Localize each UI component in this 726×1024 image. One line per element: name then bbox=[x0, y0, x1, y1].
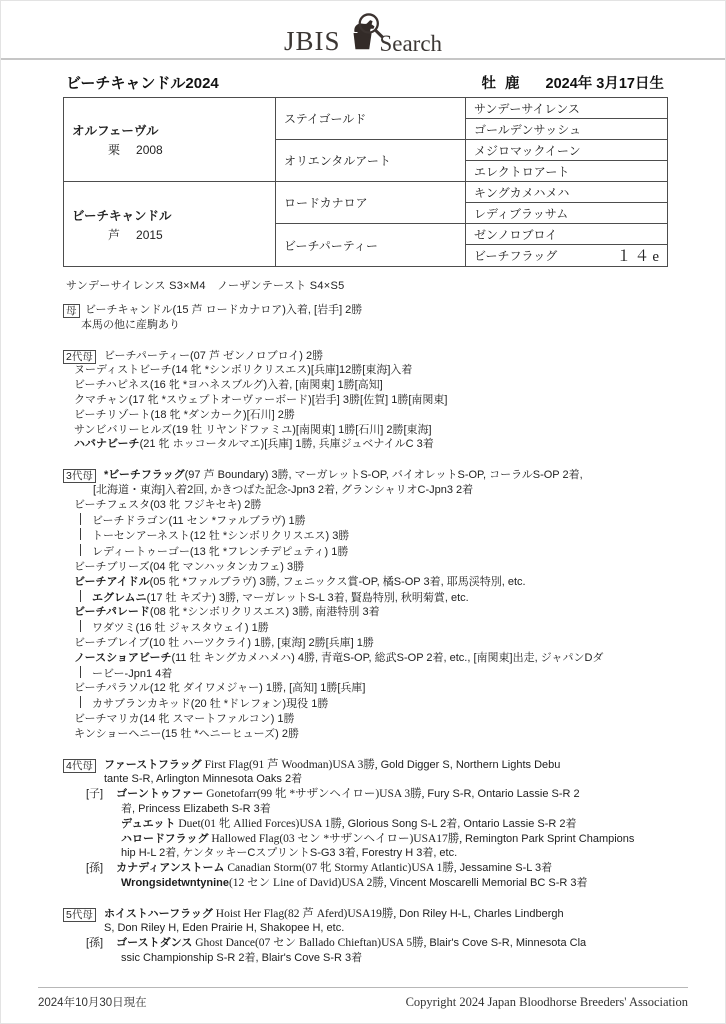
pedigree-section: 3代母*ビーチフラッグ(97 芦 Boundary) 3勝, マーガレットS-O… bbox=[63, 468, 664, 741]
horse-name-en: Gonetofarr(99 牝 *サザンヘイロー)USA 3勝, bbox=[203, 788, 427, 800]
pedigree-line: ビーチパーティー(07 芦 ゼンノロブロイ) 2勝 bbox=[104, 349, 664, 364]
horse-name-en: Canadian Storm(07 牝 Stormy Atlantic)USA … bbox=[224, 862, 459, 874]
pedigree-line: ハロードフラッグ Hallowed Flag(03 セン *サザンヘイロー)US… bbox=[121, 832, 664, 847]
pedigree-line: ビーチハピネス(16 牝 *ヨハネスブルグ)入着, [南関東] 1勝[高知] bbox=[74, 378, 664, 393]
pedigree-section: 母ビーチキャンドル(15 芦 ロードカナロア)入着, [岩手] 2勝本馬の他に産… bbox=[63, 303, 664, 333]
pedigree-cell-gen3: ゼンノロブロイ bbox=[466, 224, 668, 245]
line-text: ビーチパーティー(07 芦 ゼンノロブロイ) 2勝 bbox=[104, 350, 323, 362]
dam-name: ビーチキャンドル bbox=[72, 206, 275, 224]
horse-name: ゴーントゥファー bbox=[116, 788, 203, 800]
horse-name: ファーストフラッグ bbox=[104, 759, 202, 771]
logo-text-search: Search bbox=[379, 32, 442, 55]
pedigree-line: ビーチリゾート(18 牝 *ダンカーク)[石川] 2勝 bbox=[74, 408, 664, 423]
horse-attributes: 牡 鹿 2024年 3月17日生 bbox=[482, 72, 664, 93]
line-text: ビーチブリーズ(04 牝 マンハッタンカフェ) 3勝 bbox=[74, 561, 304, 573]
pedigree-line: hip H-L 2着, ケンタッキーCスプリントS-G3 3着, Forestr… bbox=[121, 846, 664, 861]
tree-branch-bar bbox=[80, 620, 81, 632]
line-text: Remington Park Sprint Champions bbox=[465, 833, 634, 845]
line-text: ビーチリゾート(18 牝 *ダンカーク)[石川] 2勝 bbox=[74, 409, 295, 421]
line-text: カサブランカキッド(20 牡 *ドレフォン)現役 1勝 bbox=[92, 698, 328, 710]
line-text: Blair's Cove S-R, Minnesota Cla bbox=[429, 937, 586, 949]
pedigree-line: tante S-R, Arlington Minnesota Oaks 2着 bbox=[104, 772, 664, 787]
line-text: クマチャン(17 牝 *スウェプトオーヴァーボード)[岩手] 3勝[佐賀] 1勝… bbox=[74, 394, 447, 406]
horse-name-en: Duet(01 牝 Allied Forces)USA 1勝, bbox=[175, 818, 347, 830]
pedigree-line: ノースショアビーチ(11 牡 キングカメハメハ) 4勝, 青竜S-OP, 総武S… bbox=[74, 651, 664, 666]
dam-coat: 芦 bbox=[108, 228, 120, 242]
pedigree-line: ビーチブレイブ(10 牡 ハーツクライ) 1勝, [東海] 2勝[兵庫] 1勝 bbox=[74, 636, 664, 651]
horse-coat: 鹿 bbox=[505, 72, 520, 93]
section-label: 母 bbox=[63, 304, 80, 318]
pedigree-section: 2代母ビーチパーティー(07 芦 ゼンノロブロイ) 2勝ヌーディストビーチ(14… bbox=[63, 349, 664, 453]
line-text: ビーチブレイブ(10 牡 ハーツクライ) 1勝, [東海] 2勝[兵庫] 1勝 bbox=[74, 637, 374, 649]
line-text: (11 牡 キングカメハメハ) 4勝, 青竜S-OP, 総武S-OP 2着, e… bbox=[171, 652, 603, 664]
pedigree-cell-gen3: サンデーサイレンス bbox=[466, 98, 668, 119]
horse-birthdate: 2024年 3月17日生 bbox=[546, 72, 664, 93]
line-text: ビーチフェスタ(03 牝 フジキセキ) 2勝 bbox=[74, 499, 261, 511]
horse-name: ハバナビーチ bbox=[74, 438, 140, 450]
copyright-text: Copyright 2024 Japan Bloodhorse Breeders… bbox=[406, 995, 688, 1010]
sire-coat-year: 栗2008 bbox=[72, 141, 275, 158]
horse-name-en: (12 セン Line of David)USA 2勝, bbox=[229, 877, 390, 889]
pedigree-line: エグレムニ(17 牡 キズナ) 3勝, マーガレットS-L 3着, 賢島特別, … bbox=[80, 590, 664, 606]
horse-name: ゴーストダンス bbox=[116, 937, 192, 949]
horse-name-en: Ghost Dance(07 セン Ballado Chieftan)USA 5… bbox=[192, 937, 429, 949]
tree-branch-bar bbox=[80, 666, 81, 678]
pedigree-line: レディートゥーゴー(13 牝 *フレンチデピュティ) 1勝 bbox=[80, 544, 664, 560]
line-text: ワダツミ(16 牡 ジャスタウェイ) 1勝 bbox=[92, 622, 269, 634]
pedigree-line: デュエット Duet(01 牝 Allied Forces)USA 1勝, Gl… bbox=[121, 817, 664, 832]
tree-branch-bar bbox=[80, 544, 81, 556]
line-text: 本馬の他に産駒あり bbox=[81, 319, 180, 331]
tree-branch-bar bbox=[80, 696, 81, 708]
line-text: ビーチマリカ(14 牝 スマートファルコン) 1勝 bbox=[74, 713, 295, 725]
pedigree-line: *ビーチフラッグ(97 芦 Boundary) 3勝, マーガレットS-OP, … bbox=[104, 468, 664, 483]
horse-name: Wrongsidetwntynine bbox=[121, 877, 229, 889]
pedigree-line: [孫]カナディアンストーム Canadian Storm(07 牝 Stormy… bbox=[86, 861, 664, 876]
pedigree-cell-dam: ビーチキャンドル 芦2015 bbox=[64, 182, 276, 267]
horse-name: エグレムニ bbox=[92, 592, 147, 604]
line-text: レディートゥーゴー(13 牝 *フレンチデピュティ) 1勝 bbox=[92, 546, 348, 558]
line-text: Fury S-R, Ontario Lassie S-R 2 bbox=[427, 788, 579, 800]
horse-name: ビーチパレード bbox=[74, 606, 150, 618]
pedigree-cell-gen2: ステイゴールド bbox=[276, 98, 466, 140]
pedigree-line: S, Don Riley H, Eden Prairie H, Shakopee… bbox=[104, 921, 664, 936]
section-label: 2代母 bbox=[63, 350, 96, 364]
pedigree-line: [北海道・東海]入着2回, かきつばた記念-Jpn3 2着, グランシャリオC-… bbox=[93, 483, 664, 498]
relation-marker: [孫] bbox=[86, 862, 103, 874]
pedigree-report-page: JBIS Search ビーチキャンドル2024 牡 鹿 2024年 3月17日… bbox=[0, 0, 726, 1024]
pedigree-line: ビーチドラゴン(11 セン *ファルブラヴ) 1勝 bbox=[80, 513, 664, 529]
line-text: ビーチハピネス(16 牝 *ヨハネスブルグ)入着, [南関東] 1勝[高知] bbox=[74, 379, 383, 391]
horse-name: ホイストハーフラッグ bbox=[104, 908, 213, 920]
horse-sex: 牡 bbox=[482, 72, 497, 93]
pedigree-sections: 母ビーチキャンドル(15 芦 ロードカナロア)入着, [岩手] 2勝本馬の他に産… bbox=[63, 303, 664, 966]
dam-year: 2015 bbox=[136, 228, 163, 242]
line-text: (05 牝 *ファルブラヴ) 3勝, フェニックス賞-OP, 橘S-OP 3着,… bbox=[150, 576, 526, 588]
family-number: １４e bbox=[616, 245, 662, 266]
section-label: 5代母 bbox=[63, 908, 96, 922]
line-text: キンショーヘニー(15 牡 *ヘニーヒューズ) 2勝 bbox=[74, 728, 299, 740]
horse-name: カナディアンストーム bbox=[116, 862, 224, 874]
pedigree-line: ビーチパラソル(12 牝 ダイワメジャー) 1勝, [高知] 1勝[兵庫] bbox=[74, 681, 664, 696]
line-text: hip H-L 2着, ケンタッキーCスプリントS-G3 3着, Forestr… bbox=[121, 847, 457, 859]
pedigree-line: 着, Princess Elizabeth S-R 3着 bbox=[121, 802, 664, 817]
pedigree-cell-gen3: メジロマックイーン bbox=[466, 140, 668, 161]
pedigree-line: ビーチキャンドル(15 芦 ロードカナロア)入着, [岩手] 2勝 bbox=[85, 303, 664, 318]
sire-year: 2008 bbox=[136, 143, 163, 157]
pedigree-line: [子]ゴーントゥファー Gonetofarr(99 牝 *サザンヘイロー)USA… bbox=[86, 787, 664, 802]
line-text: 着, Princess Elizabeth S-R 3着 bbox=[121, 803, 271, 815]
pedigree-line: トーセンアーネスト(12 牡 *シンボリクリスエス) 3勝 bbox=[80, 528, 664, 544]
inbreeding-line: サンデーサイレンス S3×M4 ノーザンテースト S4×S5 bbox=[66, 277, 664, 293]
report-footer: 2024年10月30日現在 Copyright 2024 Japan Blood… bbox=[38, 987, 688, 1010]
line-text: Don Riley H-L, Charles Lindbergh bbox=[399, 908, 563, 920]
line-text: ヌーディストビーチ(14 牝 *シンボリクリスエス)[兵庫]12勝[東海]入着 bbox=[74, 364, 412, 376]
pedigree-line: ビーチマリカ(14 牝 スマートファルコン) 1勝 bbox=[74, 712, 664, 727]
relation-marker: [子] bbox=[86, 788, 103, 800]
line-text: ビーチドラゴン(11 セン *ファルブラヴ) 1勝 bbox=[92, 515, 306, 527]
jbis-logo: JBIS Search bbox=[1, 1, 725, 55]
line-text: ビーチパラソル(12 牝 ダイワメジャー) 1勝, [高知] 1勝[兵庫] bbox=[74, 682, 366, 694]
pedigree-cell-gen3: レディブラッサム bbox=[466, 203, 668, 224]
horse-name: ハロードフラッグ bbox=[121, 833, 208, 845]
pedigree-section: 4代母ファーストフラッグ First Flag(91 芦 Woodman)USA… bbox=[63, 758, 664, 891]
pedigree-line: サンビバリーヒルズ(19 牡 リヤンドファミユ)[南関東] 1勝[石川] 2勝[… bbox=[74, 423, 664, 438]
tree-branch-bar bbox=[80, 528, 81, 540]
line-text: (08 牝 *シンボリクリスエス) 3勝, 南港特別 3着 bbox=[150, 606, 380, 618]
pedigree-line: ssic Championship S-R 2着, Blair's Cove S… bbox=[121, 951, 664, 966]
pedigree-cell-gen3: ゴールデンサッシュ bbox=[466, 119, 668, 140]
pedigree-line: 本馬の他に産駒あり bbox=[81, 318, 664, 333]
pedigree-cell-gen2: ロードカナロア bbox=[276, 182, 466, 224]
horse-name-en: First Flag(91 芦 Woodman)USA 3勝, bbox=[202, 759, 381, 771]
pedigree-cell-gen2: オリエンタルアート bbox=[276, 140, 466, 182]
pedigree-line: ワダツミ(16 牡 ジャスタウェイ) 1勝 bbox=[80, 620, 664, 636]
page-title: ビーチキャンドル2024 bbox=[66, 72, 219, 93]
horse-name: *ビーチフラッグ bbox=[104, 469, 185, 481]
line-text: サンビバリーヒルズ(19 牡 リヤンドファミユ)[南関東] 1勝[石川] 2勝[… bbox=[74, 424, 432, 436]
pedigree-cell-gen3: キングカメハメハ bbox=[466, 182, 668, 203]
dam-coat-year: 芦2015 bbox=[72, 226, 275, 243]
relation-marker: [孫] bbox=[86, 937, 103, 949]
pedigree-line: ヌーディストビーチ(14 牝 *シンボリクリスエス)[兵庫]12勝[東海]入着 bbox=[74, 363, 664, 378]
horse-name: ノースショアビーチ bbox=[74, 652, 171, 664]
line-text: ービー-Jpn1 4着 bbox=[92, 668, 172, 680]
pedigree-line: ービー-Jpn1 4着 bbox=[80, 666, 664, 682]
pedigree-line: ビーチパレード(08 牝 *シンボリクリスエス) 3勝, 南港特別 3着 bbox=[74, 605, 664, 620]
line-text: Jessamine S-L 3着 bbox=[460, 862, 553, 874]
line-text: S, Don Riley H, Eden Prairie H, Shakopee… bbox=[104, 922, 344, 934]
horse-name-en: Hoist Her Flag(82 芦 Aferd)USA19勝, bbox=[213, 908, 399, 920]
line-text: トーセンアーネスト(12 牡 *シンボリクリスエス) 3勝 bbox=[92, 530, 349, 542]
pedigree-line: クマチャン(17 牝 *スウェプトオーヴァーボード)[岩手] 3勝[佐賀] 1勝… bbox=[74, 393, 664, 408]
pedigree-line: キンショーヘニー(15 牡 *ヘニーヒューズ) 2勝 bbox=[74, 727, 664, 742]
header-divider bbox=[1, 58, 725, 60]
pedigree-cell-gen3: エレクトロアート bbox=[466, 161, 668, 182]
section-label: 4代母 bbox=[63, 759, 96, 773]
pedigree-line: ビーチアイドル(05 牝 *ファルブラヴ) 3勝, フェニックス賞-OP, 橘S… bbox=[74, 575, 664, 590]
horse-name: ビーチアイドル bbox=[74, 576, 150, 588]
line-text: tante S-R, Arlington Minnesota Oaks 2着 bbox=[104, 773, 302, 785]
line-text: (97 芦 Boundary) 3勝, マーガレットS-OP, バイオレットS-… bbox=[185, 469, 583, 481]
tree-branch-bar bbox=[80, 590, 81, 602]
pedigree-line: ホイストハーフラッグ Hoist Her Flag(82 芦 Aferd)USA… bbox=[104, 907, 664, 922]
pedigree-line: [孫]ゴーストダンス Ghost Dance(07 セン Ballado Chi… bbox=[86, 936, 664, 951]
line-text: Glorious Song S-L 2着, Ontario Lassie S-R… bbox=[348, 818, 577, 830]
pedigree-line: ビーチフェスタ(03 牝 フジキセキ) 2勝 bbox=[74, 498, 664, 513]
line-text: Gold Digger S, Northern Lights Debu bbox=[381, 759, 561, 771]
report-content: ビーチキャンドル2024 牡 鹿 2024年 3月17日生 オルフェーヴル 栗2… bbox=[1, 72, 725, 966]
line-text: (21 牝 ホッコータルマエ)[兵庫] 1勝, 兵庫ジュベナイルC 3着 bbox=[140, 438, 434, 450]
tree-branch-bar bbox=[80, 513, 81, 525]
pedigree-line: Wrongsidetwntynine(12 セン Line of David)U… bbox=[121, 876, 664, 891]
pedigree-line: ハバナビーチ(21 牝 ホッコータルマエ)[兵庫] 1勝, 兵庫ジュベナイルC … bbox=[74, 437, 664, 452]
section-label: 3代母 bbox=[63, 469, 96, 483]
sire-coat: 栗 bbox=[108, 143, 120, 157]
as-of-date: 2024年10月30日現在 bbox=[38, 994, 147, 1010]
pedigree-line: ビーチブリーズ(04 牝 マンハッタンカフェ) 3勝 bbox=[74, 560, 664, 575]
pedigree-cell-sire: オルフェーヴル 栗2008 bbox=[64, 98, 276, 182]
pedigree-line: ファーストフラッグ First Flag(91 芦 Woodman)USA 3勝… bbox=[104, 758, 664, 773]
line-text: ビーチキャンドル(15 芦 ロードカナロア)入着, [岩手] 2勝 bbox=[85, 304, 362, 316]
pedigree-cell-gen3: ビーチフラッグ １４e bbox=[466, 245, 668, 267]
horse-name-en: Hallowed Flag(03 セン *サザンヘイロー)USA17勝, bbox=[208, 833, 465, 845]
pedigree-table: オルフェーヴル 栗2008 ステイゴールド サンデーサイレンス ゴールデンサッシ… bbox=[63, 97, 668, 267]
title-row: ビーチキャンドル2024 牡 鹿 2024年 3月17日生 bbox=[66, 72, 664, 93]
gen3-dam-name: ビーチフラッグ bbox=[474, 247, 557, 264]
logo-text-jbis: JBIS bbox=[284, 28, 341, 55]
line-text: ssic Championship S-R 2着, Blair's Cove S… bbox=[121, 952, 362, 964]
sire-name: オルフェーヴル bbox=[72, 121, 275, 139]
pedigree-line: カサブランカキッド(20 牡 *ドレフォン)現役 1勝 bbox=[80, 696, 664, 712]
line-text: Vincent Moscarelli Memorial BC S-R 3着 bbox=[390, 877, 588, 889]
line-text: (17 牡 キズナ) 3勝, マーガレットS-L 3着, 賢島特別, 秋明菊賞,… bbox=[147, 592, 469, 604]
horse-name: デュエット bbox=[121, 818, 175, 830]
line-text: [北海道・東海]入着2回, かきつばた記念-Jpn3 2着, グランシャリオC-… bbox=[93, 484, 473, 496]
pedigree-section: 5代母ホイストハーフラッグ Hoist Her Flag(82 芦 Aferd)… bbox=[63, 907, 664, 966]
pedigree-cell-gen2: ビーチパーティー bbox=[276, 224, 466, 267]
